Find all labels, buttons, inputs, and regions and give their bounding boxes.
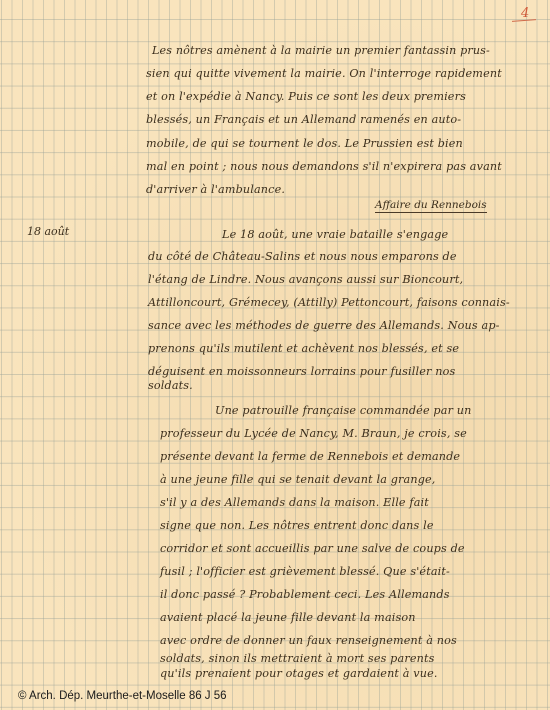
text-line: du côté de Château-Salins et nous nous e… — [148, 250, 457, 263]
margin-date-note: 18 août — [27, 225, 69, 238]
text-line: sance avec les méthodes de guerre des Al… — [148, 319, 500, 332]
text-line: soldats, sinon ils mettraient à mort ses… — [160, 652, 434, 665]
text-line: mobile, de qui se tournent le dos. Le Pr… — [146, 137, 463, 150]
text-line: corridor et sont accueillis par une salv… — [160, 542, 465, 555]
text-line: et on l'expédie à Nancy. Puis ce sont le… — [146, 90, 466, 103]
text-line: blessés, un Français et un Allemand rame… — [146, 113, 461, 126]
text-line: déguisent en moissonneurs lorrains pour … — [148, 365, 455, 378]
text-line: d'arriver à l'ambulance. — [146, 183, 285, 196]
text-line: Une patrouille française commandée par u… — [215, 404, 471, 417]
text-line: professeur du Lycée de Nancy, M. Braun, … — [160, 427, 467, 440]
text-line: Attilloncourt, Grémecey, (Attilly) Petto… — [148, 296, 510, 309]
text-line: avaient placé la jeune fille devant la m… — [160, 611, 416, 624]
text-line: mal en point ; nous nous demandons s'il … — [146, 160, 502, 173]
section-heading: Affaire du Rennebois — [375, 199, 487, 213]
text-line: il donc passé ? Probablement ceci. Les A… — [160, 588, 450, 601]
manuscript-page: 4 Les nôtres amènent à la mairie un prem… — [0, 0, 550, 710]
text-line: sien qui quitte vivement la mairie. On l… — [146, 67, 502, 80]
text-line: avec ordre de donner un faux renseigneme… — [160, 634, 457, 647]
text-line: Les nôtres amènent à la mairie un premie… — [152, 44, 540, 57]
text-line: Le 18 août, une vraie bataille s'engage — [222, 228, 448, 241]
text-line: soldats. — [148, 379, 193, 392]
text-line: présente devant la ferme de Rennebois et… — [160, 450, 460, 463]
page-number-underline — [512, 19, 536, 22]
text-line: s'il y a des Allemands dans la maison. E… — [160, 496, 429, 509]
text-line: fusil ; l'officier est grièvement blessé… — [160, 565, 450, 578]
text-line: qu'ils prenaient pour otages et gardaien… — [160, 667, 438, 680]
text-line: l'étang de Lindre. Nous avançons aussi s… — [148, 273, 463, 286]
text-line: signe que non. Les nôtres entrent donc d… — [160, 519, 434, 532]
copyright-notice: © Arch. Dép. Meurthe-et-Moselle 86 J 56 — [18, 690, 227, 702]
text-line: à une jeune fille qui se tenait devant l… — [160, 473, 436, 486]
text-line: prenons qu'ils mutilent et achèvent nos … — [148, 342, 459, 355]
